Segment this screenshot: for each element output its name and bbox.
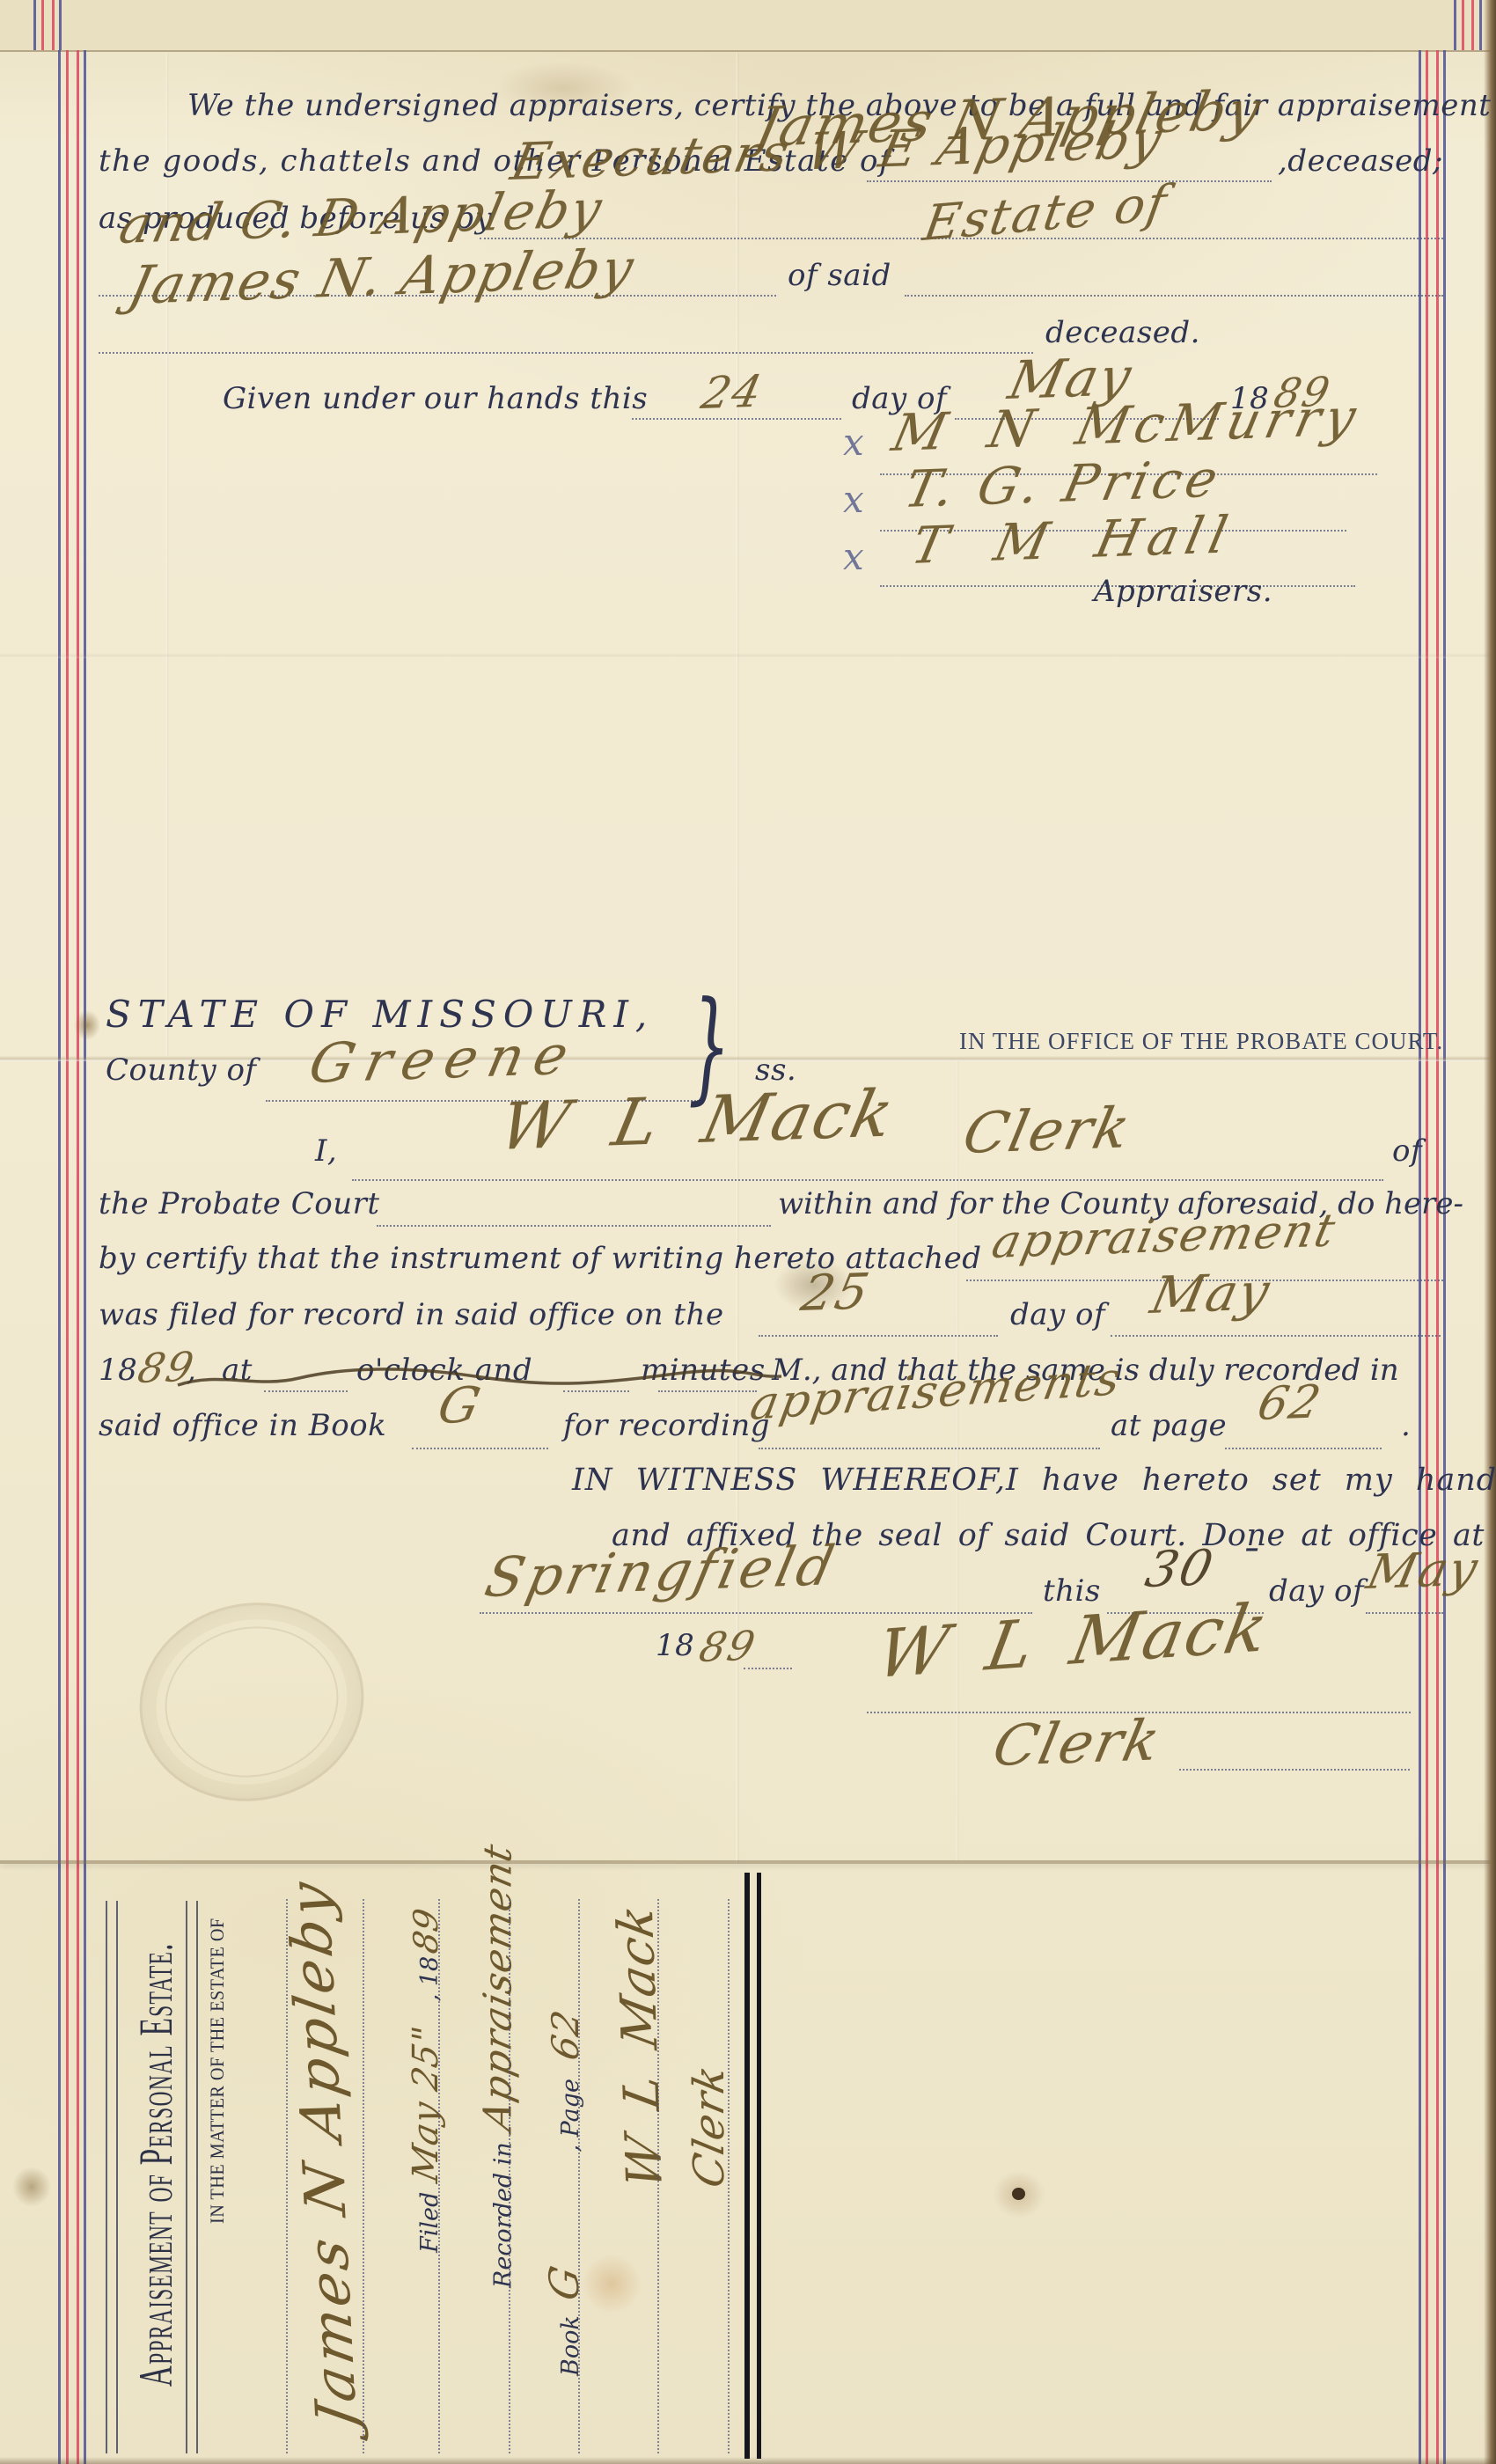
year-printed-18: 18 — [99, 1353, 137, 1388]
blank-filed-day — [759, 1335, 998, 1337]
right-stripe-blue-inner — [1419, 50, 1421, 2464]
backer-page-value: 62 — [544, 2006, 587, 2064]
backer-double-rule-inner — [186, 1901, 198, 2453]
top-sheet-edge-band — [0, 0, 1496, 52]
backer-recorded-column: Recorded in Appraisement — [476, 1879, 521, 2451]
handwritten-filed-day: 25 — [796, 1263, 876, 1323]
backer-rule-estate-2 — [363, 1899, 364, 2453]
blank-line-estate-of — [867, 180, 1272, 182]
handwritten-appraisement: appraisement — [987, 1205, 1341, 1269]
for-recording-label: for recording — [563, 1408, 770, 1443]
document-backer-block: Appraisement of Personal Estate. IN THE … — [70, 1867, 774, 2462]
handwritten-place: Springfield — [480, 1533, 843, 1610]
clerk-title-line — [1179, 1769, 1410, 1771]
backer-page-label: , Page — [557, 2079, 584, 2152]
top-stripe-red-inner — [41, 0, 44, 50]
edge-blot-bottom-left — [12, 2167, 51, 2207]
handwritten-clerk-name: W L Mack — [493, 1076, 901, 1165]
top-stripe-blue-inner — [59, 0, 62, 50]
handwritten-done-month: May — [1362, 1541, 1485, 1600]
filed-for-record-line: was filed for record in said office on t… — [99, 1297, 724, 1332]
right-stripe-red-inner — [1426, 50, 1428, 2464]
backer-estate-name-column: James N Appleby — [291, 1879, 356, 2451]
backer-end-rule-thin — [757, 1873, 761, 2459]
backer-title-column: Appraisement of Personal Estate. — [128, 1879, 183, 2451]
clerk-signature-title: Clerk — [987, 1709, 1167, 1779]
probate-document-page: We the undersigned appraisers, certify t… — [0, 0, 1496, 2464]
done-day-of: day of — [1269, 1573, 1364, 1609]
i-label: I, — [315, 1133, 337, 1169]
backer-rule-filed — [438, 1899, 440, 2453]
handwritten-done-year: 89 — [695, 1622, 761, 1671]
top-right-stripe-blue2 — [1479, 0, 1482, 50]
backer-rule-clerk-title — [728, 1899, 730, 2453]
witness-mark-2: x — [843, 478, 864, 521]
blank-given-day — [632, 418, 841, 420]
appraisers-label: Appraisers. — [1094, 574, 1272, 609]
of-label: of — [1392, 1133, 1422, 1169]
certify-line2-post: ,deceased; — [1278, 143, 1443, 179]
backer-clerk-signature: W L Mack — [607, 1901, 674, 2193]
county-of-label: County of — [106, 1052, 257, 1088]
backer-rule-book — [578, 1899, 580, 2453]
blank-page — [1225, 1448, 1382, 1449]
right-stripe-red-outer — [1436, 50, 1439, 2464]
blank-clerk-name — [352, 1179, 1383, 1181]
backer-clerk-title: Clerk — [685, 2061, 734, 2192]
blank-book — [412, 1448, 548, 1449]
appraiser-signature-3: T M Hall — [906, 504, 1240, 576]
backer-book-value: G — [540, 2262, 588, 2305]
dark-spot-core — [1012, 2188, 1025, 2200]
blank-line-5 — [99, 352, 1033, 354]
backer-rule-clerk-sig — [657, 1899, 659, 2453]
backer-rule-recorded — [509, 1899, 510, 2453]
backer-end-rule-thick — [744, 1873, 750, 2459]
handwritten-clerk-title: Clerk — [957, 1096, 1137, 1167]
done-year-printed: 18 — [656, 1628, 694, 1663]
backer-clerk-sig-column: W L Mack — [612, 1879, 670, 2451]
handwritten-filed-month: May — [1146, 1261, 1276, 1325]
backer-filed-column: Filed May 25" , 18 89 — [406, 1879, 446, 2451]
book-label-line: said office in Book — [99, 1408, 386, 1443]
probate-court-label: the Probate Court — [99, 1186, 380, 1221]
top-stripe-red-inner2 — [52, 0, 55, 50]
clerk-signature: W L Mack — [871, 1588, 1275, 1693]
top-stripe-blue-outer — [33, 0, 36, 50]
blank-recording — [759, 1448, 1100, 1449]
blank-done-month — [1366, 1612, 1443, 1614]
handwritten-done-day: 30 — [1140, 1539, 1220, 1599]
right-stripe-blue-outer — [1443, 50, 1446, 2464]
witness-mark-3: x — [843, 535, 864, 578]
backer-double-rule-outer — [106, 1901, 118, 2453]
backer-in-matter-label: IN THE MATTER OF THE ESTATE OF — [206, 1918, 229, 2224]
backer-clerk-title-column: Clerk — [685, 1879, 734, 2451]
left-stripe-red-outer — [66, 50, 69, 2464]
given-under-hands: Given under our hands this — [223, 381, 648, 416]
at-page-label: at page — [1111, 1408, 1227, 1443]
witness-mark-1: x — [843, 421, 864, 464]
embossed-court-seal — [121, 1582, 383, 1822]
left-stripe-blue-outer — [58, 50, 61, 2464]
backer-matter-column: IN THE MATTER OF THE ESTATE OF — [206, 1879, 229, 2451]
blank-done-year — [744, 1668, 792, 1669]
ink-blot-left-margin — [74, 1010, 100, 1040]
fold-crease-horizontal-top — [0, 653, 1496, 658]
backer-sheet-edge — [0, 1860, 1496, 1864]
top-right-stripe-red — [1462, 0, 1464, 50]
filed-day-of: day of — [1010, 1297, 1105, 1332]
backer-recorded-label: Recorded in — [490, 2142, 517, 2288]
handwritten-estate-of: Estate of — [920, 175, 1172, 253]
blank-court — [377, 1225, 771, 1227]
done-day-overline: ¯ — [1239, 1542, 1259, 1587]
handwritten-page-number: 62 — [1253, 1376, 1327, 1431]
backer-title: Appraisement of Personal Estate. — [128, 1943, 183, 2387]
handwritten-county: Greene — [304, 1023, 584, 1096]
certify-line4-mid: of said — [788, 258, 891, 293]
office-of-probate-court-title: IN THE OFFICE OF THE PROBATE COURT. — [959, 1028, 1443, 1055]
top-right-stripe-blue — [1454, 0, 1456, 50]
right-page-edge-shadow — [1484, 0, 1496, 2464]
blank-line-4b — [905, 295, 1443, 297]
backer-book-label: Book — [557, 2315, 584, 2376]
blank-filed-month — [1111, 1335, 1441, 1337]
witness-whereof-line: IN WITNESS WHEREOF,I have hereto set my … — [572, 1463, 1496, 1498]
top-right-stripe-red2 — [1471, 0, 1474, 50]
backer-filed-date: May 25" — [406, 2021, 446, 2185]
period-end: . — [1401, 1408, 1411, 1443]
backer-estate-name: James N Appleby — [277, 1875, 370, 2432]
handwritten-given-day: 24 — [697, 366, 768, 419]
certify-line5-post: deceased. — [1045, 315, 1200, 350]
backer-recorded-value: Appraisement — [476, 1840, 521, 2135]
backer-book-column: Book G , Page 62 — [540, 1879, 588, 2451]
